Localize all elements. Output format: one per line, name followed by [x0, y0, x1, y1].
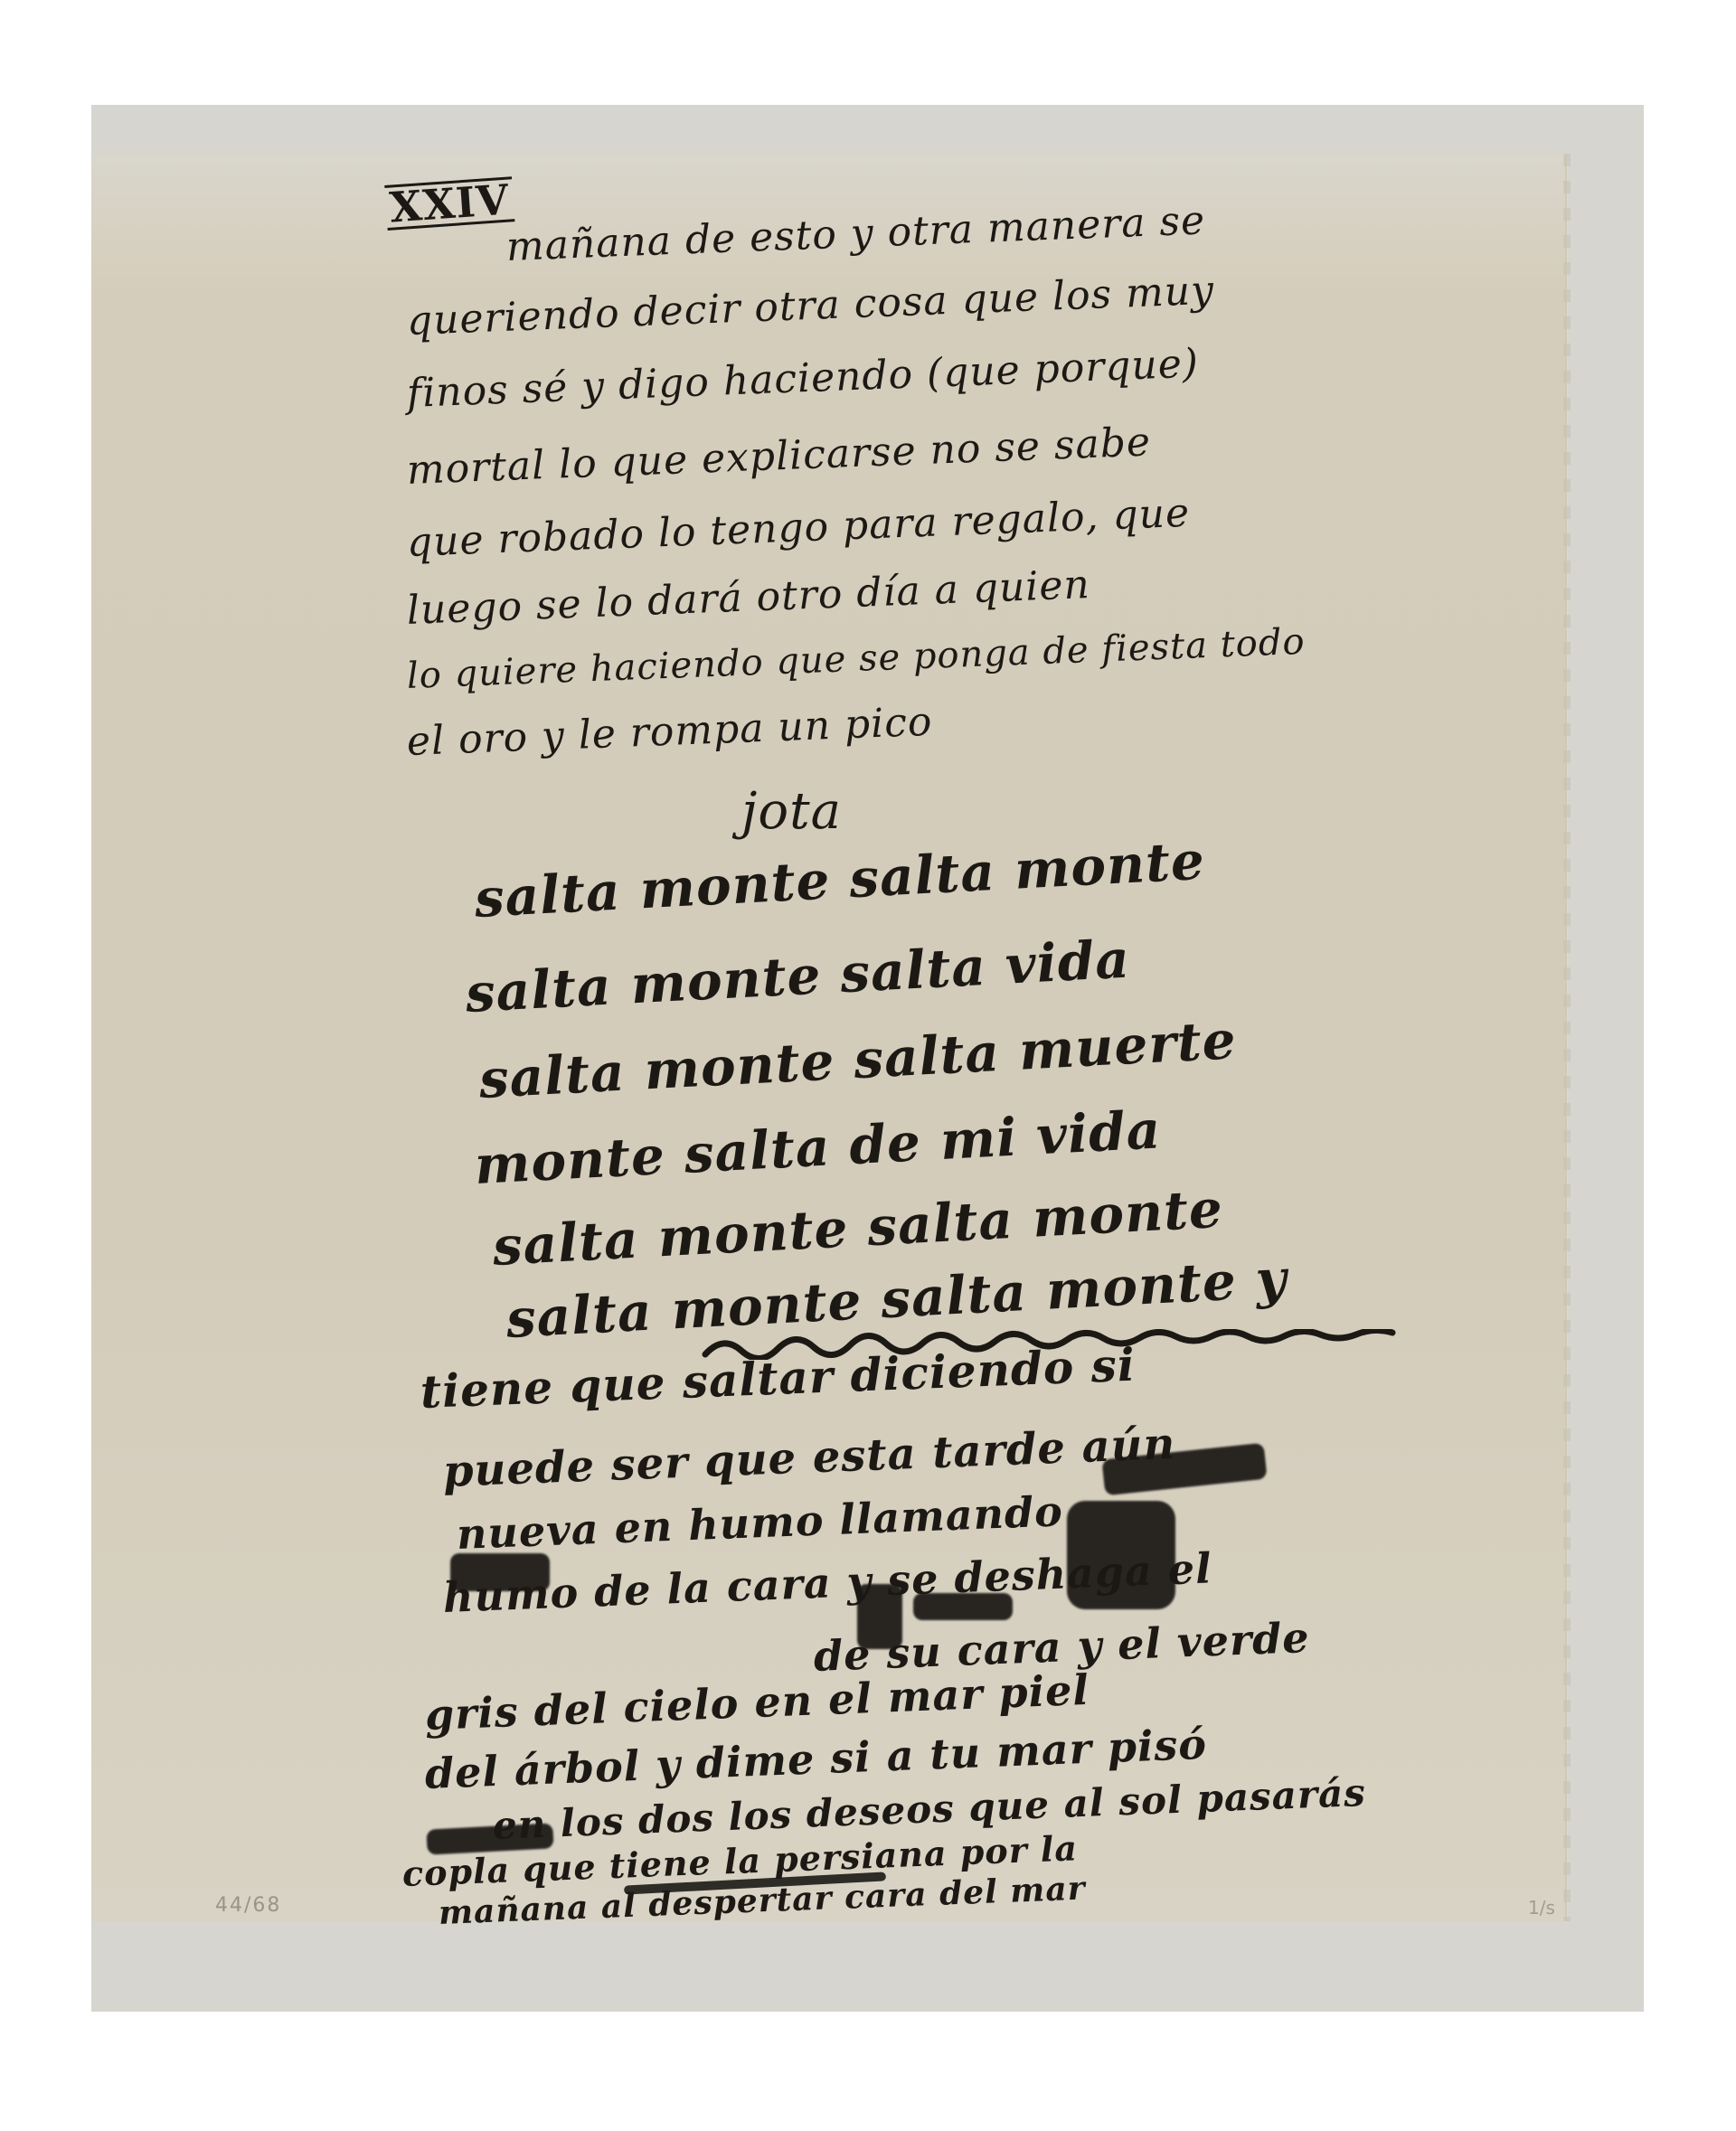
ink-blot — [1067, 1501, 1175, 1609]
section-numeral: XXIV — [384, 176, 514, 231]
ink-blot — [450, 1553, 550, 1591]
pencil-margin-annotation: 1/s — [1528, 1897, 1555, 1919]
ink-blot — [857, 1584, 902, 1649]
verse-title: jota — [741, 782, 842, 841]
pencil-folio-annotation: 44/68 — [215, 1894, 281, 1917]
ink-blot — [913, 1593, 1013, 1620]
